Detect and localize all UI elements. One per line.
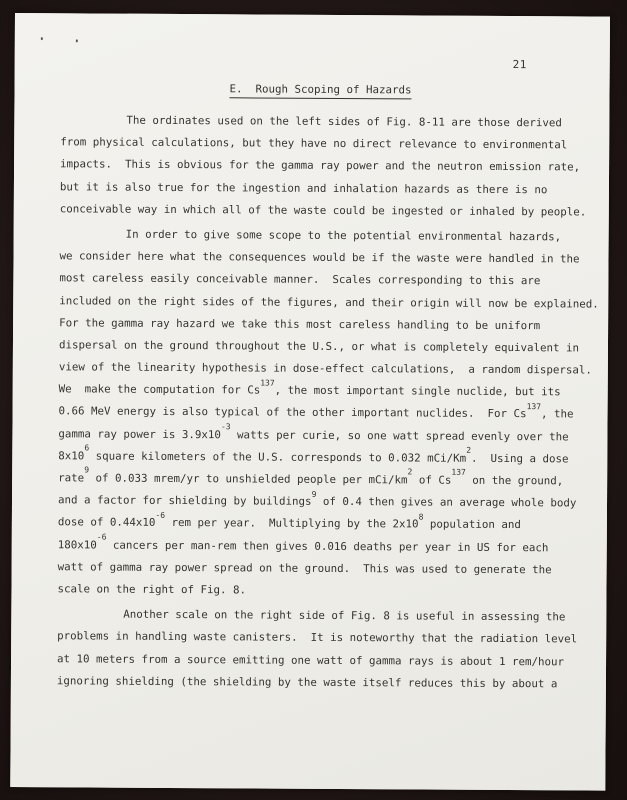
paper-speck bbox=[76, 39, 78, 42]
paper-speck bbox=[41, 37, 43, 40]
text-line: ignoring shielding (the shielding by the… bbox=[57, 670, 592, 695]
superscript: 9 bbox=[84, 466, 89, 475]
superscript: 137 bbox=[527, 402, 542, 411]
superscript: -6 bbox=[155, 511, 165, 520]
text-line: In order to give some scope to the poten… bbox=[60, 223, 595, 248]
paragraph: Another scale on the right side of Fig. … bbox=[57, 603, 593, 695]
superscript: 137 bbox=[451, 468, 466, 477]
text-line: most careless easily conceivable manner.… bbox=[59, 268, 594, 293]
text-line: conceivable way in which all of the wast… bbox=[60, 198, 595, 223]
text-line: at 10 meters from a source emitting one … bbox=[57, 648, 592, 673]
page-body: The ordinates used on the left sides of … bbox=[57, 109, 596, 698]
paragraph: In order to give some scope to the poten… bbox=[57, 223, 594, 603]
text-line: We make the computation for Cs137, the m… bbox=[59, 379, 594, 404]
section-heading: E. Rough Scoping of Hazards bbox=[60, 81, 580, 100]
text-line: but it is also true for the ingestion an… bbox=[60, 176, 595, 201]
text-line: 180x10-6 cancers per man-rem then gives … bbox=[58, 534, 593, 559]
superscript: 2 bbox=[466, 446, 471, 455]
text-line: impacts. This is obvious for the gamma r… bbox=[60, 154, 595, 179]
text-line: dose of 0.44x10-6 rem per year. Multiply… bbox=[58, 512, 593, 537]
document-page: 21 E. Rough Scoping of Hazards The ordin… bbox=[10, 13, 610, 791]
scan-background: { "colors": { "background": "#1f1413", "… bbox=[0, 0, 627, 800]
page-number: 21 bbox=[513, 58, 527, 71]
superscript: 9 bbox=[312, 489, 317, 498]
superscript: -3 bbox=[221, 422, 231, 431]
text-line: problems in handling waste canisters. It… bbox=[57, 626, 592, 651]
text-line: rate9 of 0.033 mrem/yr to unshielded peo… bbox=[58, 467, 593, 492]
text-line: Another scale on the right side of Fig. … bbox=[57, 603, 592, 628]
paragraph: The ordinates used on the left sides of … bbox=[60, 109, 596, 223]
text-line: and a factor for shielding by buildings9… bbox=[58, 489, 593, 514]
superscript: 8 bbox=[419, 512, 424, 521]
text-line: view of the linearity hypothesis in dose… bbox=[59, 356, 594, 381]
superscript: 137 bbox=[260, 378, 275, 387]
superscript: 2 bbox=[408, 468, 413, 477]
text-line: 0.66 MeV energy is also typical of the o… bbox=[58, 401, 593, 426]
text-line: dispersal on the ground throughout the U… bbox=[59, 334, 594, 359]
text-line: we consider here what the consequences w… bbox=[59, 245, 594, 270]
text-line: scale on the right of Fig. 8. bbox=[57, 578, 592, 603]
text-line: included on the right sides of the figur… bbox=[59, 290, 594, 315]
section-heading-text: E. Rough Scoping of Hazards bbox=[229, 82, 411, 99]
text-line: watt of gamma ray power spread on the gr… bbox=[58, 556, 593, 581]
text-line: The ordinates used on the left sides of … bbox=[60, 109, 595, 134]
text-line: 8x106 square kilometers of the U.S. corr… bbox=[58, 445, 593, 470]
superscript: 6 bbox=[84, 444, 89, 453]
superscript: -6 bbox=[97, 532, 107, 541]
text-line: For the gamma ray hazard we take this mo… bbox=[59, 312, 594, 337]
text-line: from physical calculations, but they hav… bbox=[60, 131, 595, 156]
text-line: gamma ray power is 3.9x10-3 watts per cu… bbox=[58, 423, 593, 448]
